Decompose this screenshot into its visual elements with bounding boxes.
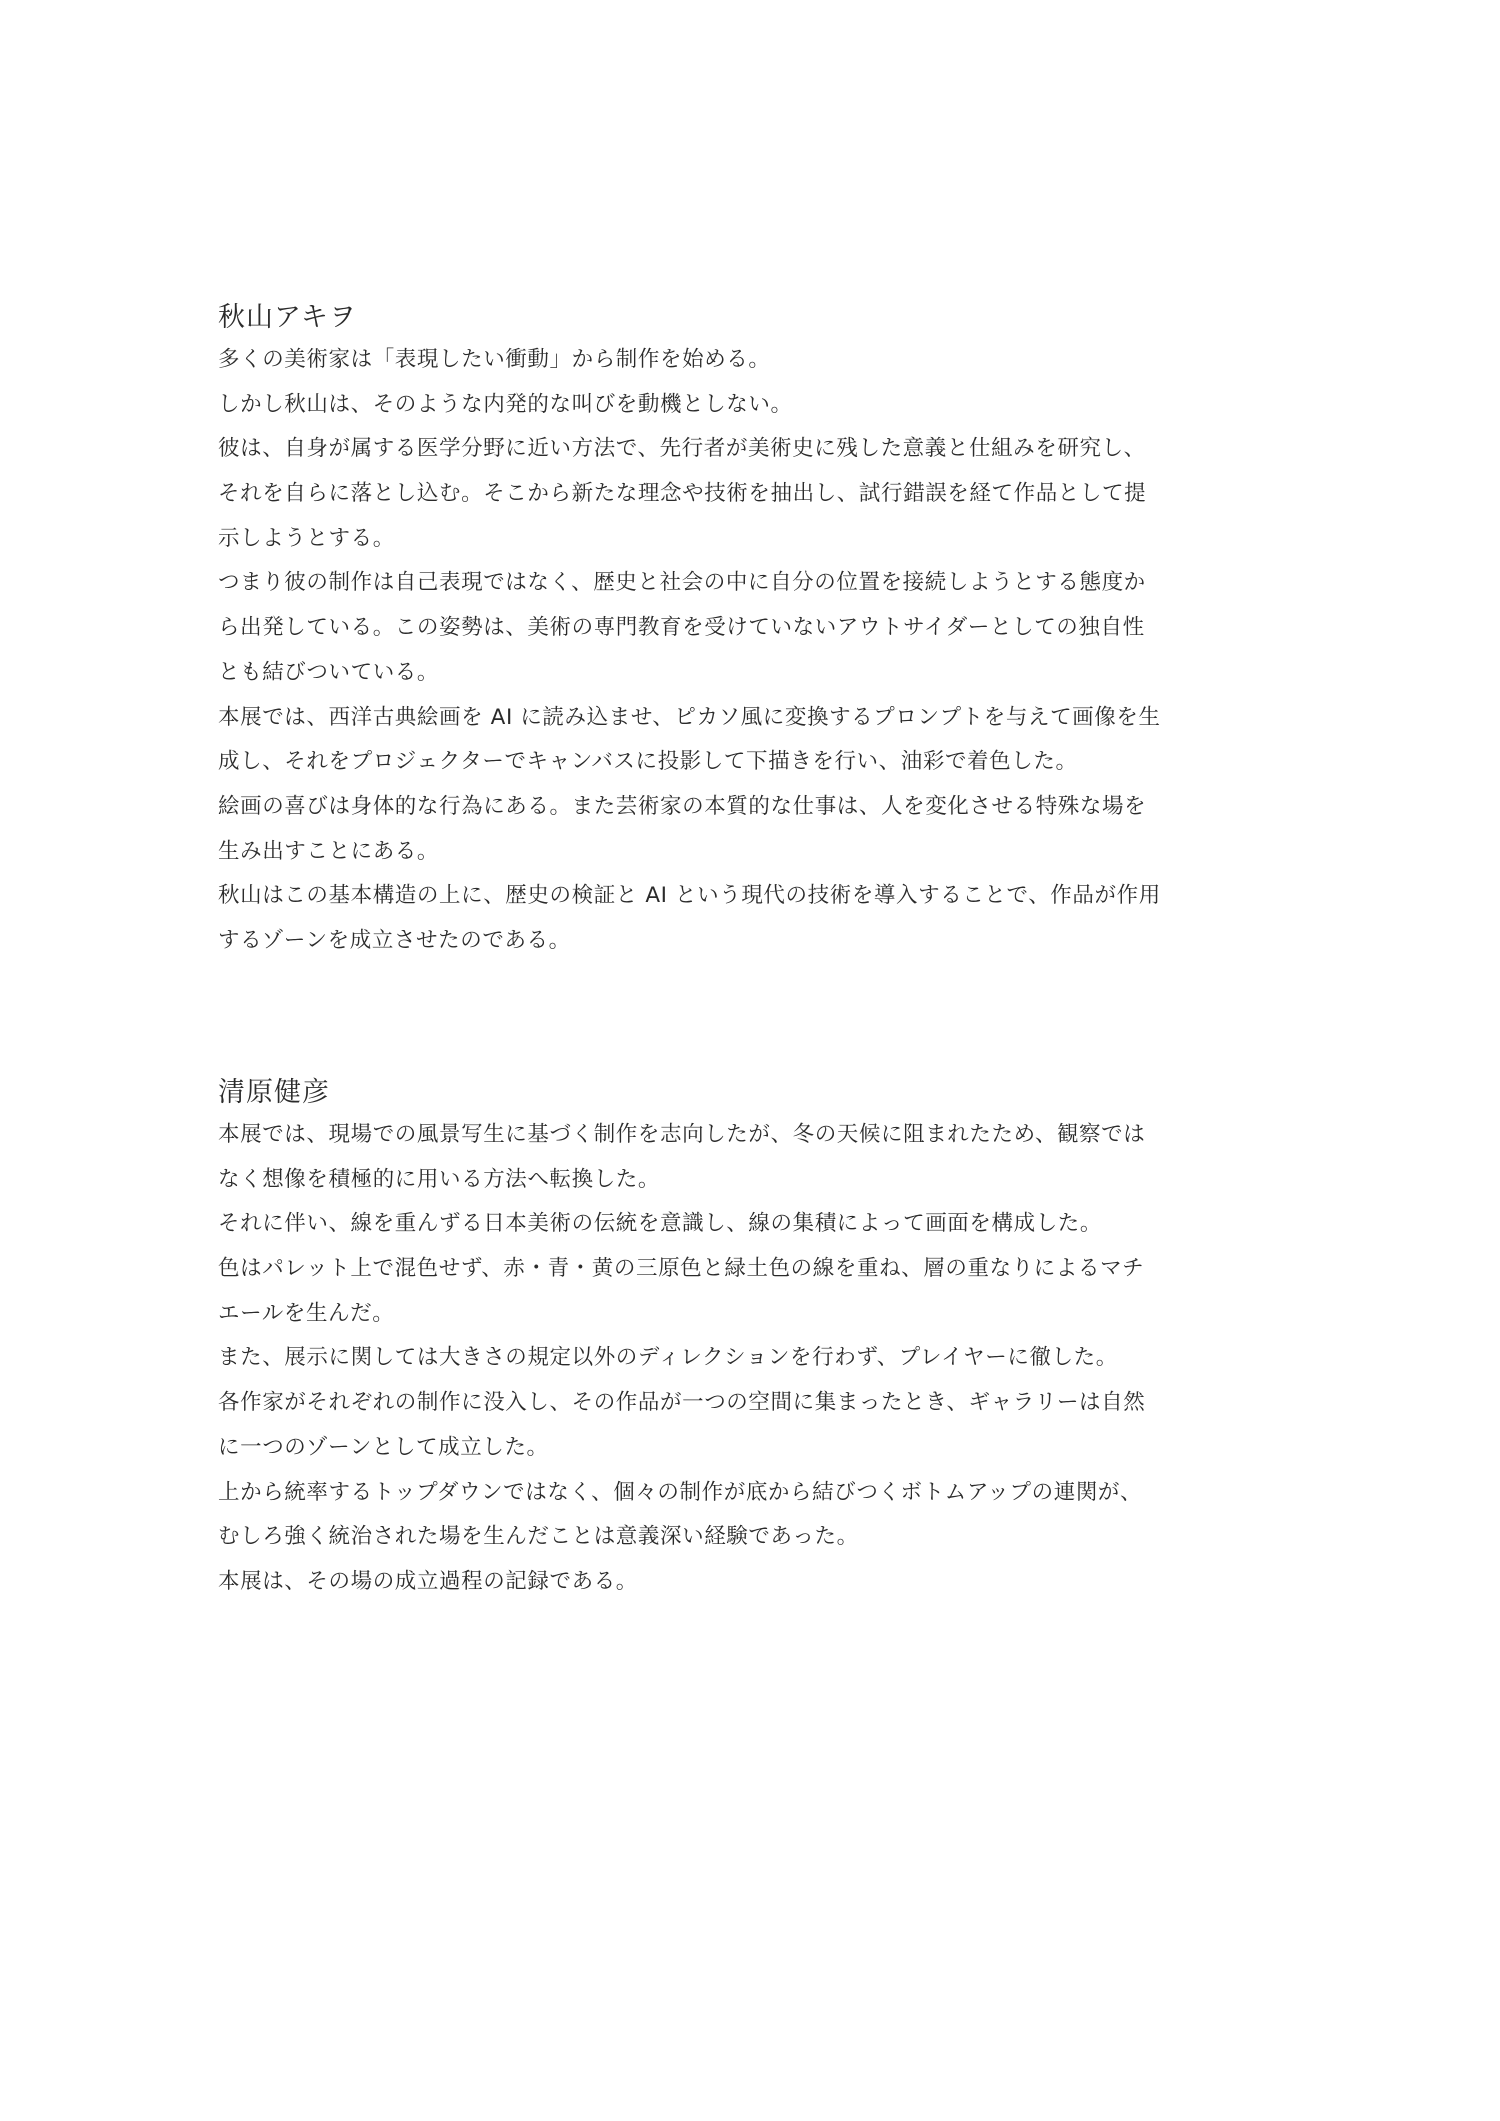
statement-line: 各作家がそれぞれの制作に没入し、その作品が一つの空間に集まったとき、ギャラリーは… [218, 1381, 1298, 1426]
statement-line: しかし秋山は、そのような内発的な叫びを動機としない。 [218, 383, 1298, 428]
statement-line: むしろ強く統治された場を生んだことは意義深い経験であった。 [218, 1515, 1298, 1560]
statement-line: 本展では、西洋古典絵画を AI に読み込ませ、ピカソ風に変換するプロンプトを与え… [218, 696, 1298, 741]
statement-line: 秋山はこの基本構造の上に、歴史の検証と AI という現代の技術を導入することで、… [218, 874, 1298, 919]
artist-section-akiyama: 秋山アキヲ 多くの美術家は「表現したい衝動」から制作を始める。 しかし秋山は、そ… [218, 298, 1298, 964]
statement-line: 絵画の喜びは身体的な行為にある。また芸術家の本質的な仕事は、人を変化させる特殊な… [218, 785, 1298, 830]
statement-line: 成し、それをプロジェクターでキャンバスに投影して下描きを行い、油彩で着色した。 [218, 740, 1298, 785]
artist-statement-body: 多くの美術家は「表現したい衝動」から制作を始める。 しかし秋山は、そのような内発… [218, 338, 1298, 964]
statement-line: 生み出すことにある。 [218, 830, 1298, 875]
statement-line: とも結びついている。 [218, 651, 1298, 696]
artist-name-heading: 清原健彦 [218, 1073, 1298, 1113]
artist-statement-body: 本展では、現場での風景写生に基づく制作を志向したが、冬の天候に阻まれたため、観察… [218, 1113, 1298, 1605]
statement-line: つまり彼の制作は自己表現ではなく、歴史と社会の中に自分の位置を接続しようとする態… [218, 561, 1298, 606]
statement-line: に一つのゾーンとして成立した。 [218, 1426, 1298, 1471]
statement-line: 示しようとする。 [218, 517, 1298, 562]
artist-name-heading: 秋山アキヲ [218, 298, 1298, 338]
statement-line: 上から統率するトップダウンではなく、個々の制作が底から結びつくボトムアップの連関… [218, 1471, 1298, 1516]
statement-line: エールを生んだ。 [218, 1292, 1298, 1337]
statement-line: それに伴い、線を重んずる日本美術の伝統を意識し、線の集積によって画面を構成した。 [218, 1202, 1298, 1247]
statement-line: ら出発している。この姿勢は、美術の専門教育を受けていないアウトサイダーとしての独… [218, 606, 1298, 651]
statement-line: なく想像を積極的に用いる方法へ転換した。 [218, 1158, 1298, 1203]
statement-line: 本展は、その場の成立過程の記録である。 [218, 1560, 1298, 1605]
statement-line: 本展では、現場での風景写生に基づく制作を志向したが、冬の天候に阻まれたため、観察… [218, 1113, 1298, 1158]
statement-line: それを自らに落とし込む。そこから新たな理念や技術を抽出し、試行錯誤を経て作品とし… [218, 472, 1298, 517]
statement-line: 彼は、自身が属する医学分野に近い方法で、先行者が美術史に残した意義と仕組みを研究… [218, 427, 1298, 472]
statement-line: また、展示に関しては大きさの規定以外のディレクションを行わず、プレイヤーに徹した… [218, 1336, 1298, 1381]
statement-line: 多くの美術家は「表現したい衝動」から制作を始める。 [218, 338, 1298, 383]
artist-section-kiyohara: 清原健彦 本展では、現場での風景写生に基づく制作を志向したが、冬の天候に阻まれた… [218, 1073, 1298, 1605]
statement-line: 色はパレット上で混色せず、赤・青・黄の三原色と緑土色の線を重ね、層の重なりによる… [218, 1247, 1298, 1292]
statement-line: するゾーンを成立させたのである。 [218, 919, 1298, 964]
